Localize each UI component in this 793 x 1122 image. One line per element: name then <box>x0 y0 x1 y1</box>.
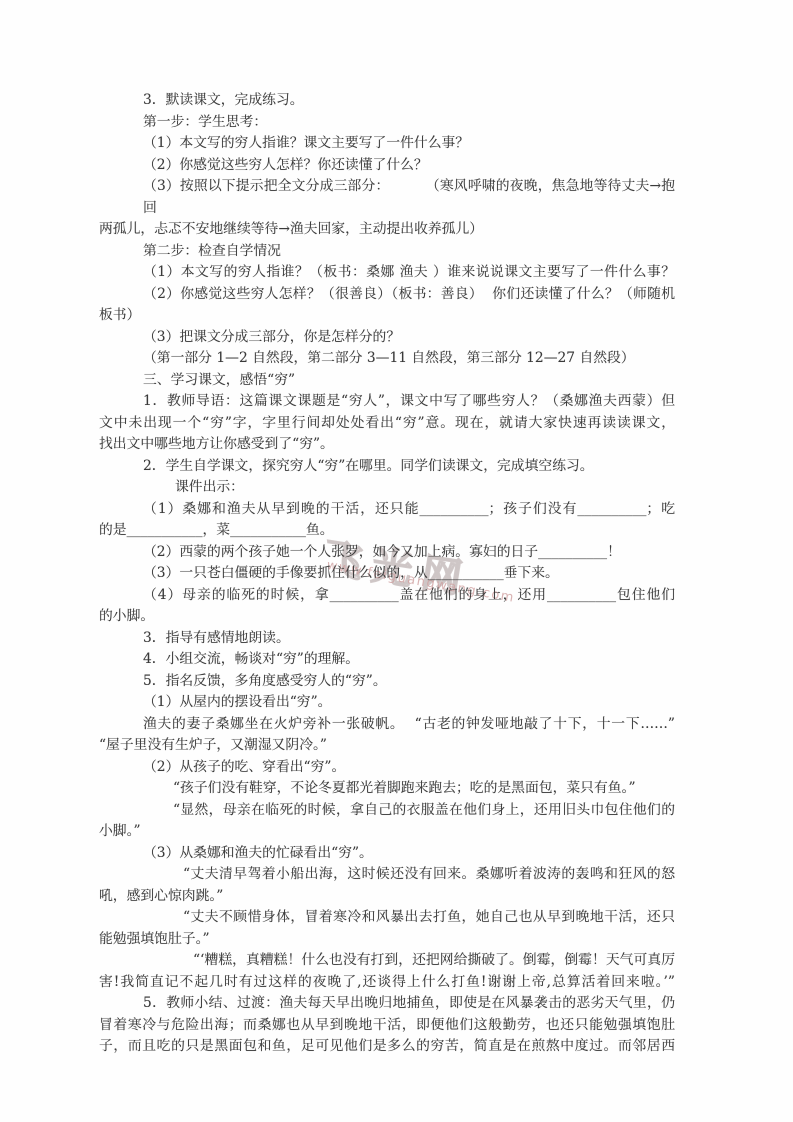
text-line: 板书） <box>99 305 675 327</box>
document-page: 飞光网 www.feiguangwang.com 3．默读课文，完成练习。第一步… <box>0 0 793 1122</box>
text-line: 两孤儿，忐忑不安地继续等待→渔夫回家，主动提出收养孤儿） <box>99 219 675 241</box>
text-line: 的小脚。 <box>99 606 675 628</box>
text-line: “丈夫不顾惜身体，冒着寒冷和风暴出去打鱼，她自己也从早到晚地干活，还只 <box>99 907 675 929</box>
text-line: “‘糟糕，真糟糕！什么也没有打到，还把网给撕破了。倒霉，倒霉！天气可真厉 <box>99 950 675 972</box>
text-line: （3）按照以下提示把全文分成三部分： （寒风呼啸的夜晚，焦急地等待丈夫→抱回 <box>99 176 675 219</box>
text-line: 能勉强填饱肚子。” <box>99 929 675 951</box>
text-line: （2）你感觉这些穷人怎样？（很善良）（板书：善良） 你们还读懂了什么？（师随机 <box>99 284 675 306</box>
text-line: 文中未出现一个“穷”字，字里行间却处处看出“穷”意。现在，就请大家快速再读读课文… <box>99 413 675 435</box>
text-line: （3）从桑娜和渔夫的忙碌看出“穷”。 <box>99 843 675 865</box>
text-line: 渔夫的妻子桑娜坐在火炉旁补一张破帆。 “古老的钟发哑地敲了十下，十一下……” <box>99 714 675 736</box>
text-line: 冒着寒冷与危险出海；而桑娜也从早到晚地干活，即便他们这般勤劳，也还只能勉强填饱肚 <box>99 1015 675 1037</box>
text-line: “屋子里没有生炉子，又潮湿又阴冷。” <box>99 735 675 757</box>
text-line: （2）你感觉这些穷人怎样？你还读懂了什么？ <box>99 155 675 177</box>
text-line: （1）从屋内的摆设看出“穷”。 <box>99 692 675 714</box>
text-line: 5．指名反馈，多角度感受穷人的“穷”。 <box>99 671 675 693</box>
document-body: 3．默读课文，完成练习。第一步：学生思考：（1）本文写的穷人指谁？课文主要写了一… <box>99 90 675 1058</box>
text-line: 小脚。” <box>99 821 675 843</box>
text-line: （2）西蒙的两个孩子她一个人张罗，如今又加上病。寡妇的日子__________！ <box>99 542 675 564</box>
text-line: 子，而且吃的只是黑面包和鱼，足可见他们是多么的穷苦，简直是在煎熬中度过。而邻居西 <box>99 1036 675 1058</box>
text-line: “孩子们没有鞋穿，不论冬夏都光着脚跑来跑去；吃的是黑面包，菜只有鱼。” <box>99 778 675 800</box>
text-line: “显然，母亲在临死的时候，拿自己的衣服盖在他们身上，还用旧头巾包住他们的 <box>99 800 675 822</box>
text-line: （1）本文写的穷人指谁？（板书：桑娜 渔夫 ）谁来说说课文主要写了一件什么事？ <box>99 262 675 284</box>
text-line: 找出文中哪些地方让你感受到了“穷”。 <box>99 434 675 456</box>
text-line: （3）一只苍白僵硬的手像要抓住什么似的，从___________垂下来。 <box>99 563 675 585</box>
text-line: 第一步：学生思考： <box>99 112 675 134</box>
text-line: 课件出示： <box>99 477 675 499</box>
text-line: （2）从孩子的吃、穿看出“穷”。 <box>99 757 675 779</box>
text-line: 害!我简直记不起几时有过这样的夜晚了,还谈得上什么打鱼!谢谢上帝,总算活着回来啦… <box>99 972 675 994</box>
text-line: （4）母亲的临死的时候，拿__________盖在他们的身上，还用_______… <box>99 585 675 607</box>
text-line: （第一部分 1—2 自然段，第二部分 3—11 自然段，第三部分 12—27 自… <box>99 348 675 370</box>
text-line: 三、学习课文，感悟“穷” <box>99 370 675 392</box>
text-line: 4．小组交流，畅谈对“穷”的理解。 <box>99 649 675 671</box>
text-line: 3．指导有感情地朗读。 <box>99 628 675 650</box>
text-line: （1）本文写的穷人指谁？课文主要写了一件什么事？ <box>99 133 675 155</box>
text-line: 3．默读课文，完成练习。 <box>99 90 675 112</box>
text-line: “丈夫清早驾着小船出海，这时候还没有回来。桑娜听着波涛的轰鸣和狂风的怒 <box>99 864 675 886</box>
text-line: 2．学生自学课文，探究穷人“穷”在哪里。同学们读课文，完成填空练习。 <box>99 456 675 478</box>
text-line: （1）桑娜和渔夫从早到晚的干活，还只能__________；孩子们没有_____… <box>99 499 675 521</box>
text-line: 的是___________，菜___________鱼。 <box>99 520 675 542</box>
text-line: 第二步：检查自学情况 <box>99 241 675 263</box>
text-line: 1．教师导语：这篇课文课题是“穷人”，课文中写了哪些穷人？（桑娜渔夫西蒙）但 <box>99 391 675 413</box>
text-line: （3）把课文分成三部分，你是怎样分的？ <box>99 327 675 349</box>
text-line: 5．教师小结、过渡：渔夫每天早出晚归地捕鱼，即使是在风暴袭击的恶劣天气里，仍 <box>99 993 675 1015</box>
text-line: 吼，感到心惊肉跳。” <box>99 886 675 908</box>
